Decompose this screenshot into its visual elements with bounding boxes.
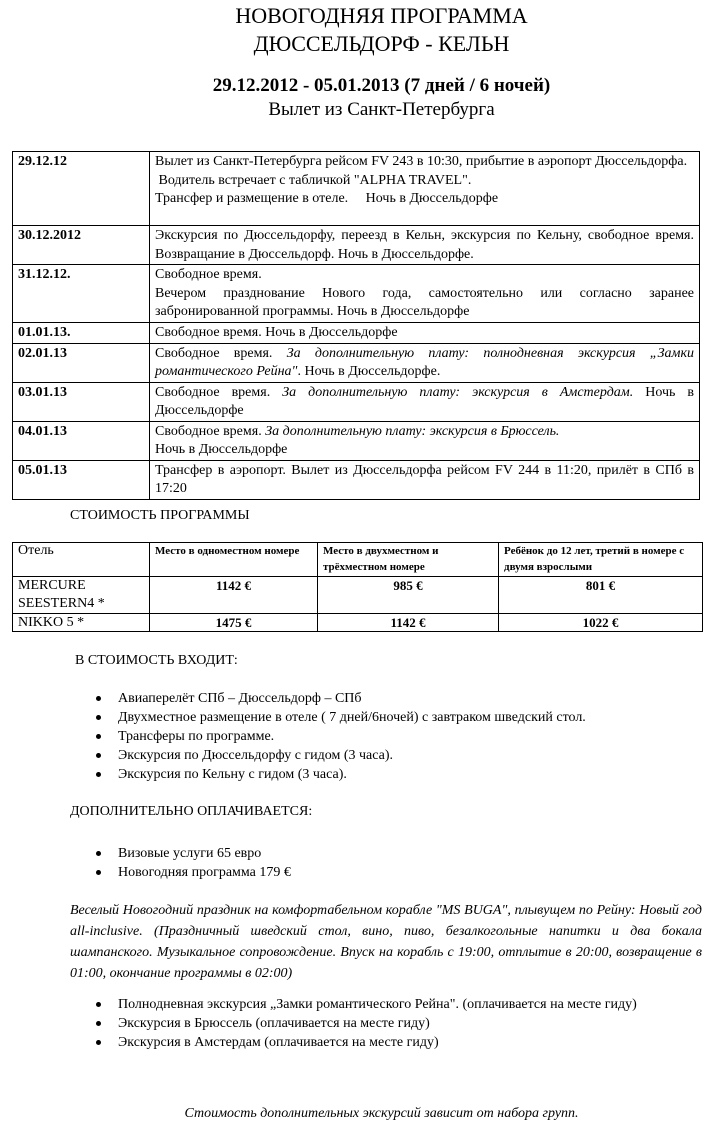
itinerary-description: Свободное время. За дополнительную плату… [150, 421, 700, 460]
bullet-icon [96, 715, 101, 720]
optional-excursion-note: За дополнительную плату: экскурсия в Брю… [265, 424, 559, 439]
optional-excursions-list: Полнодневная экскурсия „Замки романтичес… [96, 995, 686, 1052]
price-child: 1022 € [499, 614, 703, 632]
included-list: Авиаперелёт СПб – Дюссельдорф – СПб Двух… [96, 689, 696, 784]
bullet-icon [96, 696, 101, 701]
departure-city: Вылет из Санкт-Петербурга [0, 99, 723, 121]
bullet-icon [96, 1021, 101, 1026]
itinerary-description: Свободное время. Вечером празднование Но… [150, 265, 700, 323]
price-single: 1475 € [150, 614, 318, 632]
optional-excursion-note: За дополнительную плату: экскурсия в Амс… [282, 385, 633, 400]
itinerary-description: Вылет из Санкт-Петербурга рейсом FV 243 … [150, 152, 700, 226]
itinerary-date: 02.01.13 [13, 343, 150, 382]
bullet-icon [96, 851, 101, 856]
itinerary-description: Трансфер в аэропорт. Вылет из Дюссельдор… [150, 460, 700, 499]
price-row: MERCURE SEESTERN4 * 1142 € 985 € 801 € [13, 577, 703, 614]
bullet-icon [96, 1002, 101, 1007]
bullet-icon [96, 1040, 101, 1045]
list-item: Экскурсия в Амстердам (оплачивается на м… [96, 1033, 686, 1052]
itinerary-date: 04.01.13 [13, 421, 150, 460]
itinerary-date: 30.12.2012 [13, 226, 150, 265]
column-header-single: Место в одноместном номере [150, 543, 318, 577]
itinerary-row: 31.12.12. Свободное время. Вечером празд… [13, 265, 700, 323]
itinerary-date: 31.12.12. [13, 265, 150, 323]
list-item: Экскурсия по Дюссельдорфу с гидом (3 час… [96, 746, 696, 765]
itinerary-row: 05.01.13 Трансфер в аэропорт. Вылет из Д… [13, 460, 700, 499]
included-heading: В СТОИМОСТЬ ВХОДИТ: [75, 653, 238, 669]
extra-cost-list: Визовые услуги 65 евро Новогодняя програ… [96, 844, 696, 882]
price-table: Отель Место в одноместном номере Место в… [12, 542, 703, 632]
column-header-child: Ребёнок до 12 лет, третий в номере с дву… [499, 543, 703, 577]
price-double: 1142 € [318, 614, 499, 632]
itinerary-description: Экскурсия по Дюссельдорфу, переезд в Кел… [150, 226, 700, 265]
price-row: NIKKO 5 * 1475 € 1142 € 1022 € [13, 614, 703, 632]
bullet-icon [96, 753, 101, 758]
itinerary-description: Свободное время. Ночь в Дюссельдорфе [150, 323, 700, 344]
program-dates: 29.12.2012 - 05.01.2013 (7 дней / 6 ноче… [0, 75, 723, 97]
itinerary-row: 01.01.13. Свободное время. Ночь в Дюссел… [13, 323, 700, 344]
new-year-ship-description: Веселый Новогодний праздник на комфортаб… [70, 900, 702, 984]
hotel-name: MERCURE SEESTERN4 * [13, 577, 150, 614]
itinerary-date: 03.01.13 [13, 382, 150, 421]
list-item: Полнодневная экскурсия „Замки романтичес… [96, 995, 686, 1014]
itinerary-description: Свободное время. За дополнительную плату… [150, 382, 700, 421]
price-table-header: Отель Место в одноместном номере Место в… [13, 543, 703, 577]
program-title: НОВОГОДНЯЯ ПРОГРАММА [0, 2, 723, 29]
itinerary-row: 30.12.2012 Экскурсия по Дюссельдорфу, пе… [13, 226, 700, 265]
list-item: Авиаперелёт СПб – Дюссельдорф – СПб [96, 689, 696, 708]
column-header-double: Место в двухместном и трёхместном номере [318, 543, 499, 577]
cost-heading: СТОИМОСТЬ ПРОГРАММЫ [70, 508, 250, 524]
column-header-hotel: Отель [13, 543, 150, 577]
itinerary-date: 01.01.13. [13, 323, 150, 344]
itinerary-date: 05.01.13 [13, 460, 150, 499]
bullet-icon [96, 870, 101, 875]
extra-cost-heading: ДОПОЛНИТЕЛЬНО ОПЛАЧИВАЕТСЯ: [70, 804, 312, 820]
list-item: Экскурсия в Брюссель (оплачивается на ме… [96, 1014, 686, 1033]
list-item: Двухместное размещение в отеле ( 7 дней/… [96, 708, 696, 727]
itinerary-row: 29.12.12 Вылет из Санкт-Петербурга рейсо… [13, 152, 700, 226]
list-item: Визовые услуги 65 евро [96, 844, 696, 863]
footer-note: Стоимость дополнительных экскурсий завис… [0, 1106, 723, 1122]
itinerary-table: 29.12.12 Вылет из Санкт-Петербурга рейсо… [12, 151, 700, 500]
itinerary-row: 04.01.13 Свободное время. За дополнитель… [13, 421, 700, 460]
bullet-icon [96, 734, 101, 739]
list-item: Трансферы по программе. [96, 727, 696, 746]
bullet-icon [96, 772, 101, 777]
price-child: 801 € [499, 577, 703, 614]
itinerary-date: 29.12.12 [13, 152, 150, 226]
list-item: Экскурсия по Кельну с гидом (3 часа). [96, 765, 696, 784]
program-subtitle-cities: ДЮССЕЛЬДОРФ - КЕЛЬН [0, 30, 723, 57]
itinerary-row: 03.01.13 Свободное время. За дополнитель… [13, 382, 700, 421]
hotel-name: NIKKO 5 * [13, 614, 150, 632]
itinerary-description: Свободное время. За дополнительную плату… [150, 343, 700, 382]
itinerary-row: 02.01.13 Свободное время. За дополнитель… [13, 343, 700, 382]
price-double: 985 € [318, 577, 499, 614]
price-single: 1142 € [150, 577, 318, 614]
list-item: Новогодняя программа 179 € [96, 863, 696, 882]
